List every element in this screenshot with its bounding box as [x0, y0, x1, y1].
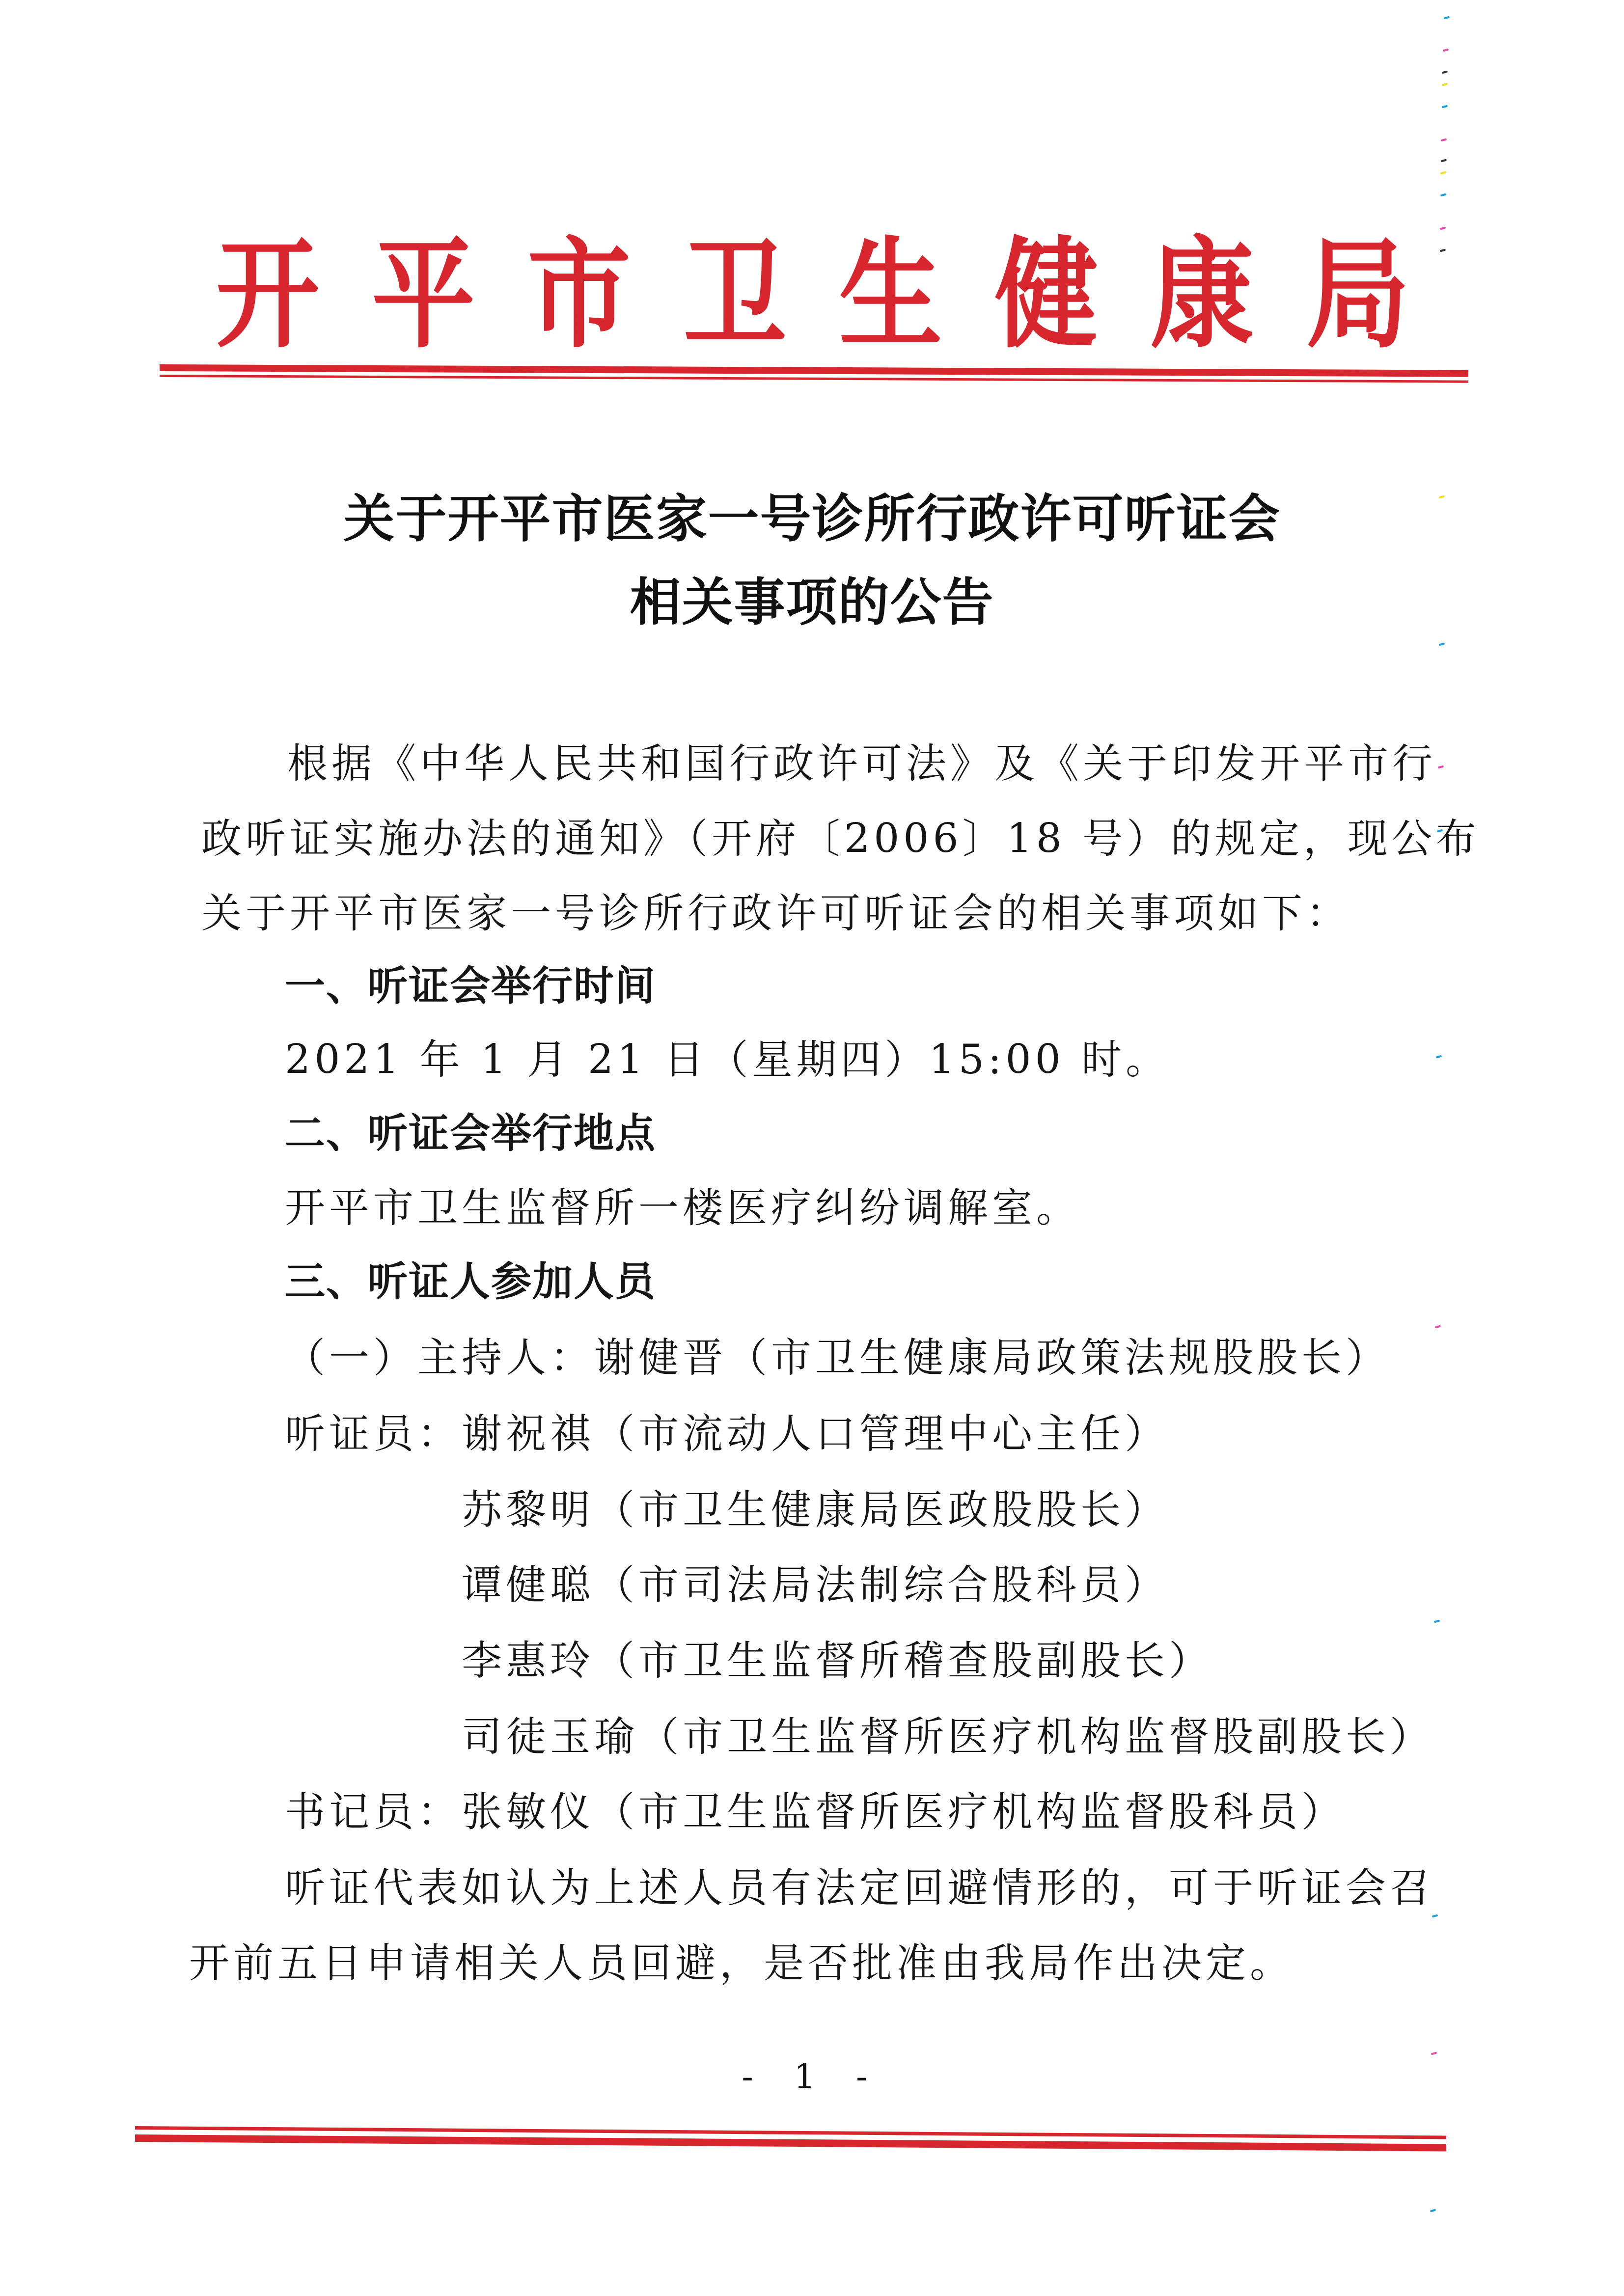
registration-speck [1430, 2209, 1436, 2213]
letterhead-char: 卫 [678, 235, 791, 354]
recusal-note-line-1: 听证代表如认为上述人员有法定回避情形的，可于听证会召 [201, 1868, 1493, 1909]
letterhead-char: 平 [367, 235, 480, 354]
letterhead-char: 健 [990, 235, 1103, 354]
hearing-listener-2: 苏黎明（市卫生健康局医政股股长） [201, 1490, 1624, 1531]
section-3-heading: 三、听证人参加人员 [201, 1262, 1493, 1302]
letterhead-char: 开 [211, 235, 324, 354]
registration-speck [1440, 193, 1447, 197]
letterhead-char: 局 [1301, 235, 1414, 354]
intro-line-3: 关于开平市医家一号诊所行政许可听证会的相关事项如下： [201, 894, 1409, 934]
registration-speck [1439, 495, 1445, 499]
section-1-content: 2021 年 1 月 21 日（星期四）15:00 时。 [201, 1040, 1493, 1080]
registration-speck [1440, 227, 1446, 230]
hearing-clerk: 书记员：张敏仪（市卫生监督所医疗机构监督股科员） [201, 1792, 1493, 1832]
registration-speck [1431, 2052, 1437, 2055]
hearing-listener-3: 谭健聪（市司法局法制综合股科员） [201, 1565, 1624, 1606]
registration-speck [1441, 138, 1447, 142]
letterhead-char: 市 [523, 235, 635, 354]
registration-speck [1438, 765, 1444, 769]
hearing-host: （一）主持人：谢健晋（市卫生健康局政策法规股股长） [201, 1338, 1493, 1378]
letterhead-char: 康 [1146, 235, 1259, 354]
letterhead-char: 生 [834, 235, 947, 354]
section-1-heading: 一、听证会举行时间 [201, 966, 1493, 1007]
document-page: 开 平 市 卫 生 健 康 局 关于开平市医家一号诊所行政许可听证会 相关事项的… [0, 0, 1624, 2296]
hearing-listener-1: 听证员：谢祝祺（市流动人口管理中心主任） [201, 1414, 1493, 1454]
section-2-content: 开平市卫生监督所一楼医疗纠纷调解室。 [201, 1188, 1493, 1229]
intro-line-1: 根据《中华人民共和国行政许可法》及《关于印发开平市行 [201, 744, 1495, 784]
intro-line-2: 政听证实施办法的通知》（开府〔2006〕18 号）的规定，现公布 [201, 819, 1409, 859]
registration-speck [1442, 71, 1448, 74]
section-2-heading: 二、听证会举行地点 [201, 1114, 1493, 1154]
registration-speck [1444, 16, 1450, 20]
hearing-listener-4: 李惠玲（市卫生监督所稽查股副股长） [201, 1641, 1624, 1681]
registration-speck [1443, 49, 1449, 52]
hearing-listener-5: 司徒玉瑜（市卫生监督所医疗机构监督股副股长） [201, 1717, 1624, 1757]
scan-registration-marks [1439, 0, 1468, 2296]
document-title-line-2: 相关事项的公告 [0, 577, 1624, 628]
registration-speck [1440, 249, 1446, 252]
registration-speck [1432, 1914, 1438, 1918]
registration-speck [1435, 1325, 1441, 1329]
registration-speck [1440, 171, 1447, 175]
registration-speck [1441, 159, 1447, 163]
registration-speck [1434, 1620, 1440, 1623]
registration-speck [1442, 105, 1448, 109]
registration-speck [1439, 643, 1445, 646]
recusal-note-line-2: 开前五日申请相关人员回避，是否批准由我局作出决定。 [189, 1943, 1397, 1984]
letterhead-org-name: 开 平 市 卫 生 健 康 局 [211, 231, 1414, 358]
registration-speck [1442, 83, 1448, 86]
page-number: - 1 - [0, 2056, 1624, 2097]
document-title-line-1: 关于开平市医家一号诊所行政许可听证会 [0, 493, 1624, 545]
